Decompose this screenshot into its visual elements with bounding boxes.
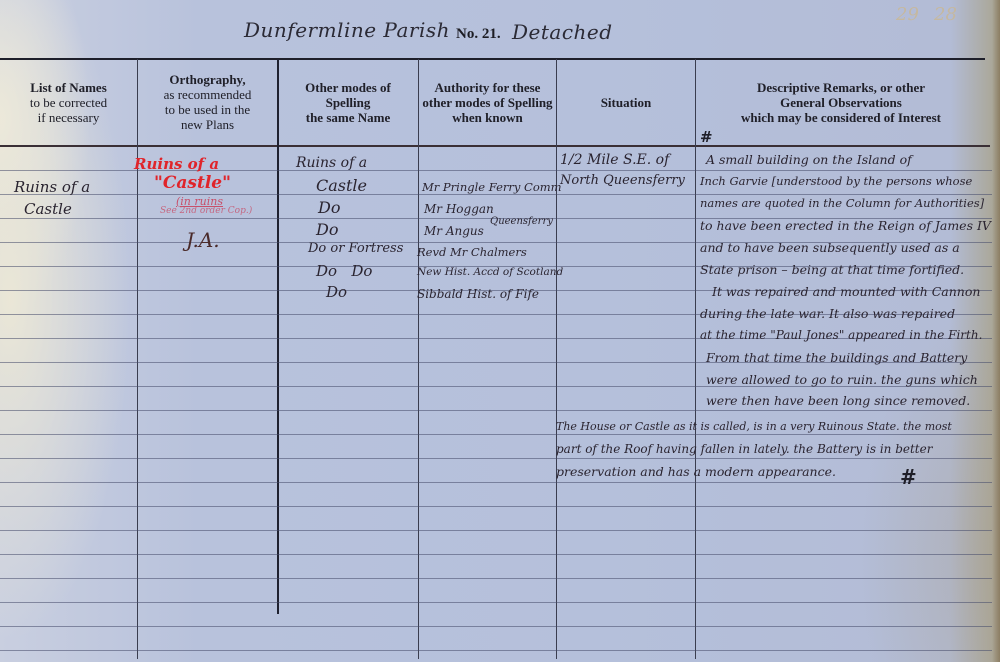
ruled-line [0,506,992,507]
other-mode-line: Do [316,220,338,239]
column-divider-3 [418,59,419,659]
remarks-line: and to have been subsequently used as a [700,240,960,255]
ruled-line [0,626,992,627]
remarks-line: were then have been long since removed. [706,393,970,408]
authority-line: Sibbald Hist. of Fife [417,287,539,301]
ruled-line [0,482,992,483]
column-header-row: List of Namesto be correctedif necessary… [0,60,1000,144]
ruled-line [0,650,992,651]
column-divider-4 [556,59,557,659]
authority-line: Revd Mr Chalmers [417,245,527,259]
column-header-other-modes: Other modes ofSpellingthe same Name [278,60,418,144]
remarks-line: The House or Castle as it is called, is … [556,420,952,433]
authority-line: Mr Angus [424,224,484,238]
remarks-line: were allowed to go to ruin. the guns whi… [706,372,978,387]
other-mode-line: Do or Fortress [308,241,403,256]
other-mode-line: Ruins of a [296,155,367,171]
other-mode-line: Do [326,283,347,301]
folio-number-1: 29 [896,4,919,25]
column-header-authority: Authority for theseother modes of Spelli… [419,60,556,144]
remarks-line: during the late war. It also was repaire… [700,306,955,321]
situation-line-2: North Queensferry [560,173,685,188]
ruled-line [0,578,992,579]
orthography-initials: J.A. [186,228,220,252]
section-mark-end: # [900,465,917,489]
name-line-1: Ruins of a [14,178,90,196]
ruled-line [0,554,992,555]
column-header-names: List of Namesto be correctedif necessary [0,60,137,144]
column-header-orthography: Orthography,as recommendedto be used in … [138,60,277,144]
name-line-2: Castle [24,200,72,218]
column-divider-1 [137,59,138,659]
ruled-line [0,530,992,531]
parish-name: Dunfermline Parish [244,18,450,42]
authority-line: New Hist. Accd of Scotland [417,266,563,278]
folio-number-2: 28 [934,4,957,25]
header-bottom-rule [0,145,990,147]
authority-line: Mr Pringle Ferry Comm [422,180,562,194]
situation-line-1: 1/2 Mile S.E. of [560,152,669,168]
detached-label: Detached [512,20,613,44]
orthography-red-line-2: "Castle" [154,173,231,193]
remarks-line: It was repaired and mounted with Cannon [712,284,980,299]
column-divider-5 [695,59,696,659]
orthography-red-line-1: Ruins of a [134,155,219,173]
remarks-line: preservation and has a modern appearance… [556,464,836,479]
page-title-line: Dunfermline Parish No. 21. Detached 29 2… [0,0,1000,60]
ruled-line [0,194,992,195]
authority-bracket-note: Queensferry [490,216,553,227]
ledger-page: Dunfermline Parish No. 21. Detached 29 2… [0,0,1000,662]
ruled-line [0,434,992,435]
remarks-line: From that time the buildings and Battery [706,350,967,365]
remarks-line: names are quoted in the Column for Autho… [700,196,984,210]
remarks-line: State prison – being at that time fortif… [700,262,964,277]
section-mark-start: # [700,128,713,146]
ruled-line [0,458,992,459]
column-header-remarks: Descriptive Remarks, or otherGeneral Obs… [696,60,986,144]
ruled-line [0,410,992,411]
authority-line: Mr Hoggan [424,202,494,216]
other-mode-line: Do Do [316,262,372,280]
remarks-line: to have been erected in the Reign of Jam… [700,218,991,233]
orthography-note-line-2: See 2nd order Cop.) [160,206,252,216]
other-mode-line: Castle [316,176,367,195]
remarks-line: Inch Garvie [understood by the persons w… [700,174,972,188]
remarks-line: A small building on the Island of [706,152,912,167]
remarks-line: at the time "Paul Jones" appeared in the… [700,328,982,342]
remarks-line: part of the Roof having fallen in lately… [556,442,932,456]
column-header-situation: Situation [557,60,695,144]
ruled-line [0,602,992,603]
other-mode-line: Do [318,198,340,217]
sheet-number: No. 21. [456,26,501,43]
